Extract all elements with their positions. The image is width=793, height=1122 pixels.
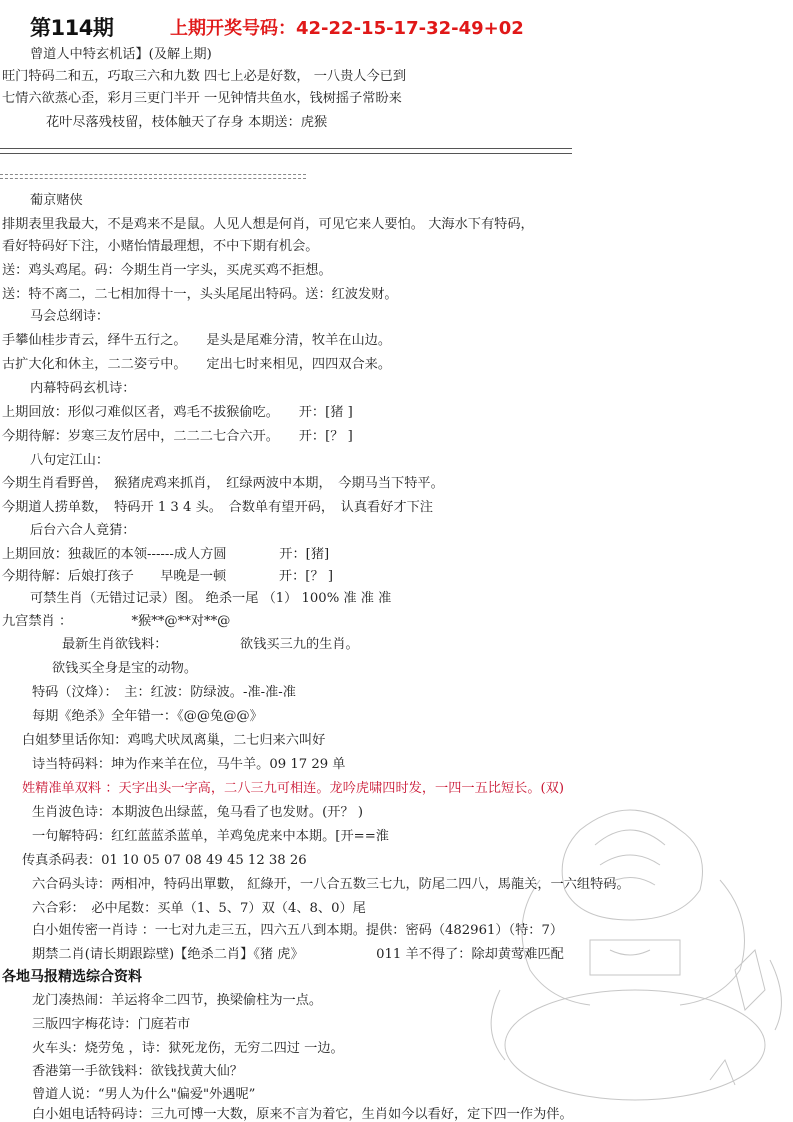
divider	[0, 174, 306, 179]
text-line: 三版四字梅花诗：门庭若市	[32, 1016, 190, 1034]
text-line: 最新生肖欲钱料： 欲钱买三九的生肖。	[62, 636, 359, 654]
text-line: 香港第一手欲钱料：欲钱找黄大仙？	[32, 1063, 243, 1081]
text-line: 一句解特码：红红蓝蓝杀蓝单，羊鸡兔虎来中本期。[开==淮	[32, 828, 389, 846]
text-line: 今期道人捞单数， 特码开 1 3 4 头。 合数单有望开码， 认真看好才下注	[2, 499, 433, 517]
text-line: 龙门凑热闹：羊运将伞二四节，换梁偷柱为一点。	[32, 992, 322, 1010]
section-title: 曾道人中特玄机话】(及解上期)	[30, 46, 212, 64]
issue-number: 第114期	[30, 12, 113, 42]
text-line: 送：鸡头鸡尾。码：今期生肖一字头，买虎买鸡不拒想。	[2, 262, 332, 280]
text-line: 旺门特码二和五，巧取三六和九数 四七上必是好数， 一八贵人今已到	[2, 68, 406, 86]
text-line: 上期回放：独裁匠的本领------成人方圆 开：[猪]	[2, 546, 329, 564]
text-line: 火车头：烧劳兔 ，诗：狱死龙伤，无穷二四过 一边。	[32, 1040, 344, 1058]
text-line: 花叶尽落残枝留，枝体触天了存身 本期送：虎猴	[46, 114, 327, 132]
text-line: 可禁生肖（无错过记录）图。 绝杀一尾 （1） 100% 准 准 准	[30, 590, 391, 608]
section-title: 各地马报精选综合资料	[2, 968, 142, 986]
text-line: 古扩大化和休主，二二姿亏中。 定出七时来相见，四四双合来。	[2, 356, 391, 374]
text-line: 每期《绝杀》全年错一：《@@兔@@》	[32, 708, 263, 726]
dragon-illustration-icon	[480, 790, 790, 1110]
text-line: 诗当特码料：坤为作来羊在位，马牛羊。09 17 29 单	[32, 756, 345, 774]
text-line: 送：特不离二，二七相加得十一，头头尾尾出特码。送：红波发财。	[2, 286, 398, 304]
text-line: 上期回放：形似刁难似区者，鸡毛不拔猴偷吃。 开：[猪 ]	[2, 404, 353, 422]
text-line: 曾道人说：“男人为什么"偏爱"外遇呢”	[32, 1086, 255, 1104]
divider	[0, 148, 572, 154]
page-header: 第114期 上期开奖号码：42-22-15-17-32-49+02	[0, 8, 793, 44]
text-line: 今期待解：岁寒三友竹居中，二二二七合六开。 开：[？ ]	[2, 428, 353, 446]
section-title: 后台六合人竟猜：	[30, 522, 136, 540]
text-line: 今期生肖看野兽， 猴猪虎鸡来抓肖， 红绿两波中本期， 今期马当下特平。	[2, 475, 444, 493]
text-line: 排期表里我最大，不是鸡来不是鼠。人见人想是何肖，可见它来人要怕。 大海水下有特码…	[2, 216, 534, 234]
text-line: 特码（汶烽）： 主：红波：防绿波。-准-准-准	[32, 684, 296, 702]
section-title: 八句定江山：	[30, 452, 109, 470]
text-line: 白小姐电话特码诗：三九可博一大数，原来不言为着它，生肖如今以看好，定下四一作为伴…	[32, 1106, 573, 1122]
text-line: 六合彩： 必中尾数：买单（1、5、7）双（4、8、0）尾	[32, 900, 366, 918]
text-line: 生肖波色诗：本期波色出绿蓝，兔马看了也发财。(开？ )	[32, 804, 363, 822]
text-line: 七情六欲蒸心歪，彩月三更门半开 一见钟情共鱼水，钱树摇子常盼来	[2, 90, 402, 108]
text-line: 传真杀码表：01 10 05 07 08 49 45 12 38 26	[22, 852, 307, 870]
last-draw-result: 上期开奖号码：42-22-15-17-32-49+02	[170, 14, 524, 40]
section-title: 马会总纲诗：	[30, 308, 109, 326]
text-line: 看好特码好下注，小赌怡情最理想，不中下期有机会。	[2, 238, 319, 256]
section-title: 内幕特码玄机诗：	[30, 380, 136, 398]
text-line: 欲钱买全身是宝的动物。	[52, 660, 197, 678]
text-line: 白姐梦里话你知：鸡鸣犬吠凤离巢，二七归来六叫好	[22, 732, 325, 750]
section-title: 葡京赌侠	[30, 192, 83, 210]
text-line: 九宫禁肖 ： *猴**@**对**@	[2, 613, 230, 631]
text-line: 手攀仙桂步青云，绎牛五行之。 是头是尾难分清，牧羊在山边。	[2, 332, 391, 350]
text-line: 今期待解：后娘打孩子 早晚是一顿 开：[？ ]	[2, 568, 333, 586]
